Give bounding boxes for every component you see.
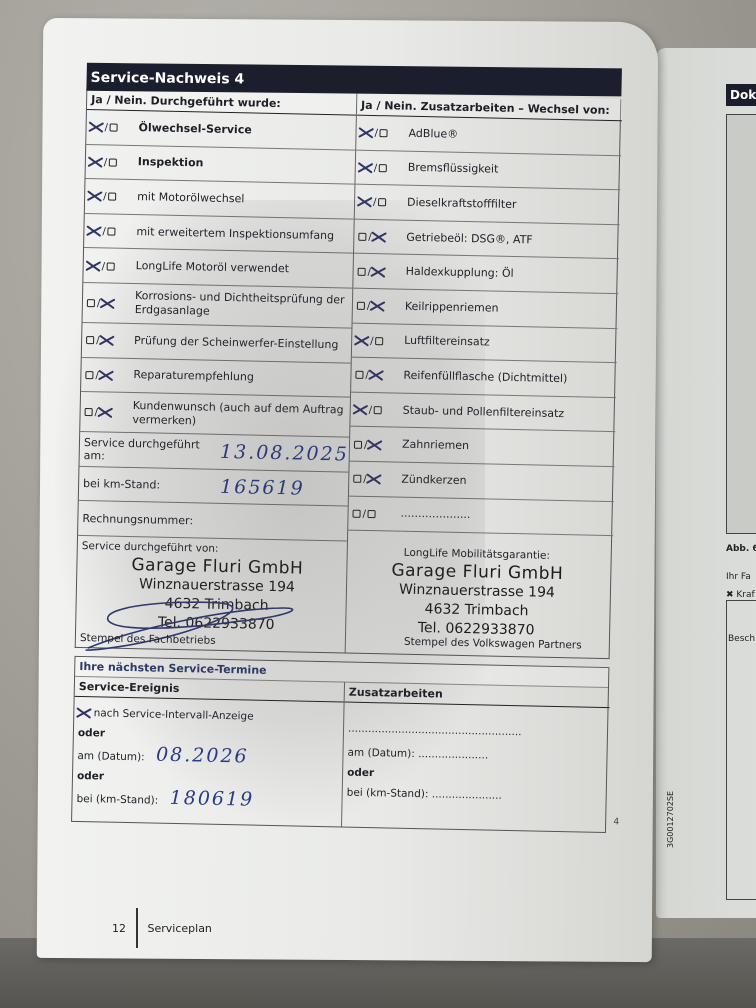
extra-work-item-row: /Luftfiltereinsatz [352, 323, 618, 363]
section-name: Serviceplan [148, 922, 212, 935]
handwritten-x-icon [369, 440, 381, 450]
extra-work-item-label: Dieselkraftstofffilter [403, 196, 517, 212]
handwritten-x-icon [101, 336, 113, 346]
performed-item-label: Prüfung der Scheinwerfer-Einstellung [130, 334, 339, 352]
document-code: 3G0012702SE [666, 791, 675, 848]
checkbox-icon [379, 164, 387, 172]
performed-item-row: /Korrosions- und Dichtheitsprüfung der E… [82, 283, 352, 329]
handwritten-x-icon [90, 122, 102, 132]
invoice-field[interactable]: Rechnungsnummer: [78, 501, 348, 541]
extra-work-next-column: Zusatzarbeiten .........................… [342, 682, 610, 832]
checkbox-icon [87, 299, 95, 307]
right-page-line-1: Ihr Fa [726, 572, 751, 582]
next-date-value: 08.2026 [156, 744, 249, 768]
interval-checkbox[interactable] [78, 706, 90, 719]
handwritten-x-icon [88, 261, 100, 271]
checkbox-icon [86, 336, 94, 344]
checkbox-icon [108, 193, 116, 201]
right-page-table [726, 600, 756, 900]
performed-by-label: Service durchgeführt von: [82, 540, 219, 555]
extra-work-item-label: Bremsflüssigkeit [404, 161, 499, 177]
performed-item-label: LongLife Motoröl verwendet [132, 259, 290, 276]
extra-work-item-label: .................... [396, 507, 470, 523]
extra-work-item-label: AdBlue® [404, 126, 458, 141]
handwritten-x-icon [360, 128, 372, 138]
right-page-title: Dok [726, 84, 756, 106]
km-value: 165619 [220, 475, 305, 499]
ja-nein-checkbox[interactable]: / [86, 120, 134, 134]
handwritten-x-icon [371, 370, 383, 380]
handwritten-x-icon [360, 163, 372, 173]
checkbox-icon [358, 233, 366, 241]
extra-work-item-label: Staub- und Pollenfiltereinsatz [399, 403, 565, 420]
checkbox-icon [374, 406, 382, 414]
extra-work-item-row: /Haldexkupplung: Öl [353, 254, 619, 294]
extra-work-item-row: /Zündkerzen [349, 462, 615, 502]
handwritten-x-icon [372, 301, 384, 311]
ja-nein-checkbox[interactable]: / [86, 155, 134, 169]
checkbox-icon [85, 371, 93, 379]
checkbox-icon [358, 267, 366, 275]
service-record-form: Service-Nachweis 4 Ja / Nein. Durchgefüh… [71, 60, 622, 833]
service-date-label: Service durchgeführt am: [84, 436, 213, 465]
service-date-value: 13.08.2025 [220, 441, 349, 466]
ja-nein-checkbox[interactable]: / [351, 368, 399, 382]
extra-work-item-row: /Getriebeöl: DSG®, ATF [354, 219, 620, 259]
ja-nein-checkbox[interactable]: / [355, 195, 403, 209]
ja-nein-checkbox[interactable]: / [354, 230, 402, 244]
checkbox-icon [378, 199, 386, 207]
right-table-cell: Besch [728, 634, 755, 644]
signature [78, 576, 350, 662]
extra-work-item-row: /Bremsflüssigkeit [355, 150, 621, 190]
extra-work-item-label: Haldexkupplung: Öl [401, 265, 513, 281]
extra-work-item-label: Getriebeöl: DSG®, ATF [402, 230, 533, 247]
ja-nein-checkbox[interactable]: / [83, 296, 131, 310]
service-event-column: Service-Ereignis nach Service-Intervall-… [72, 677, 345, 827]
stamp-area: Service durchgeführt von: Garage Fluri G… [75, 536, 612, 659]
next-km-value: 180619 [169, 787, 254, 811]
performed-item-label: Reparaturempfehlung [129, 368, 254, 385]
partner-stamp-box: LongLife Mobilitätsgarantie: Garage Flur… [346, 542, 613, 659]
side-number: 4 [613, 810, 619, 834]
checkbox-icon [108, 228, 116, 236]
performed-item-row: /LongLife Motoröl verwendet [83, 248, 353, 288]
km-field[interactable]: bei km-Stand: 165619 [79, 467, 349, 507]
right-page: Dok Abb. 6 Ihr Fa ✖ Kraf N Besch 3G00127… [656, 48, 756, 918]
next-km-label: bei (km-Stand): [76, 793, 158, 807]
performed-item-row: /Kundenwunsch (auch auf dem Auftrag verm… [80, 392, 350, 438]
service-date-field[interactable]: Service durchgeführt am: 13.08.2025 [79, 432, 349, 472]
handwritten-x-icon [373, 267, 385, 277]
performed-item-label: Inspektion [134, 155, 204, 170]
footer-divider [136, 908, 138, 948]
interval-option-label: nach Service-Intervall-Anzeige [94, 707, 254, 722]
handwritten-x-icon [359, 197, 371, 207]
partner-stamp-caption: Stempel des Volkswagen Partners [404, 636, 582, 652]
handwritten-x-icon [101, 370, 113, 380]
handwritten-x-icon [100, 408, 112, 418]
extra-work-item-row: /.................... [348, 496, 614, 536]
handwritten-x-icon [102, 298, 114, 308]
extra-km-field[interactable]: bei (km-Stand): ..................... [346, 781, 603, 810]
next-date-field[interactable]: am (Datum): 08.2026 [77, 741, 339, 773]
performed-item-row: /Reparaturempfehlung [81, 358, 351, 398]
extra-work-item-row: /Dieselkraftstofffilter [355, 185, 621, 225]
extra-work-item-row: /Staub- und Pollenfiltereinsatz [350, 392, 616, 432]
figure-box [726, 114, 756, 534]
extra-work-item-label: Zahnriemen [398, 438, 469, 453]
handwritten-x-icon [78, 708, 90, 718]
checkbox-icon [353, 475, 361, 483]
figure-caption: Abb. 6 [726, 544, 756, 554]
extra-work-item-label: Keilrippenriemen [401, 299, 499, 315]
workshop-stamp-box: Service durchgeführt von: Garage Fluri G… [76, 536, 348, 653]
checkbox-icon [354, 440, 362, 448]
next-service-section: Ihre nächsten Service-Termine Service-Er… [71, 656, 609, 833]
performed-item-row: /mit Motorölwechsel [85, 179, 355, 219]
checkbox-icon [375, 337, 383, 345]
performed-item-row: /Inspektion [86, 145, 356, 185]
handwritten-x-icon [88, 226, 100, 236]
ja-nein-checkbox[interactable]: / [84, 224, 132, 238]
ja-nein-checkbox[interactable]: / [356, 161, 404, 175]
checkbox-icon [355, 371, 363, 379]
page-footer: 12 Serviceplan [112, 908, 212, 948]
ja-nein-checkbox[interactable]: / [85, 189, 133, 203]
performed-item-row: /Prüfung der Scheinwerfer-Einstellung [82, 323, 352, 363]
extra-date-label: am (Datum): [347, 747, 415, 760]
checkbox-icon [380, 129, 388, 137]
next-km-field[interactable]: bei (km-Stand): 180619 [76, 784, 338, 816]
invoice-label: Rechnungsnummer: [82, 512, 193, 527]
performed-column: Ja / Nein. Durchgeführt wurde: /Ölwechse… [78, 88, 357, 541]
ja-nein-checkbox[interactable]: / [81, 368, 129, 382]
checkbox-icon [352, 509, 360, 517]
ja-nein-checkbox[interactable]: / [80, 405, 128, 419]
extra-work-item-row: /Reifenfüllflasche (Dichtmittel) [351, 358, 617, 398]
performed-item-row: /Ölwechsel-Service [86, 110, 356, 150]
performed-item-label: mit Motorölwechsel [133, 190, 245, 206]
ja-nein-checkbox[interactable]: / [84, 259, 132, 273]
performed-item-label: mit erweitertem Inspektionsumfang [132, 225, 334, 243]
form-title: Service-Nachweis 4 [86, 63, 622, 97]
handwritten-x-icon [369, 474, 381, 484]
handwritten-x-icon [90, 157, 102, 167]
extra-work-item-label: Luftfiltereinsatz [400, 334, 490, 350]
ja-nein-checkbox[interactable]: / [82, 333, 130, 347]
next-date-label: am (Datum): [77, 750, 145, 763]
checkbox-icon [368, 510, 376, 518]
ja-nein-checkbox[interactable]: / [348, 506, 396, 520]
partner-stamp: Garage Fluri GmbH Winznauerstrasse 194 4… [376, 560, 578, 641]
km-label: bei km-Stand: [83, 477, 160, 492]
ja-nein-checkbox[interactable]: / [350, 437, 398, 451]
performed-item-row: /mit erweitertem Inspektionsumfang [84, 214, 354, 254]
extra-work-item-label: Reifenfüllflasche (Dichtmittel) [399, 369, 567, 387]
handwritten-x-icon [374, 232, 386, 242]
extra-work-item-row: /Zahnriemen [350, 427, 616, 467]
checkbox-icon [357, 302, 365, 310]
right-page-line-2: ✖ Kraf [726, 590, 755, 600]
handwritten-x-icon [89, 192, 101, 202]
performed-item-label: Ölwechsel-Service [134, 121, 251, 137]
extra-work-item-row: /Keilrippenriemen [353, 289, 619, 329]
extra-work-column: Ja / Nein. Zusatzarbeiten – Wechsel von:… [348, 94, 622, 547]
mobility-guarantee-label: LongLife Mobilitätsgarantie: [404, 547, 550, 562]
ja-nein-checkbox[interactable]: / [353, 299, 401, 313]
extra-km-blank: ..................... [432, 788, 502, 801]
checkbox-icon [107, 262, 115, 270]
ja-nein-checkbox[interactable]: / [349, 472, 397, 486]
performed-item-label: Korrosions- und Dichtheitsprüfung der Er… [131, 289, 353, 322]
checkbox-icon [110, 124, 118, 132]
ja-nein-checkbox[interactable]: / [352, 333, 400, 347]
ja-nein-checkbox[interactable]: / [351, 403, 399, 417]
checkbox-icon [109, 158, 117, 166]
ja-nein-checkbox[interactable]: / [356, 126, 404, 140]
ja-nein-checkbox[interactable]: / [354, 264, 402, 278]
checkbox-icon [85, 408, 93, 416]
extra-date-blank: ..................... [418, 748, 488, 761]
performed-item-label: Kundenwunsch (auch auf dem Auftrag verme… [128, 399, 350, 432]
handwritten-x-icon [356, 336, 368, 346]
handwritten-x-icon [355, 405, 367, 415]
extra-work-item-label: Zündkerzen [397, 472, 467, 487]
extra-work-item-row: /AdBlue® [356, 116, 622, 156]
page-number: 12 [112, 922, 130, 935]
extra-km-label: bei (km-Stand): [347, 787, 429, 801]
